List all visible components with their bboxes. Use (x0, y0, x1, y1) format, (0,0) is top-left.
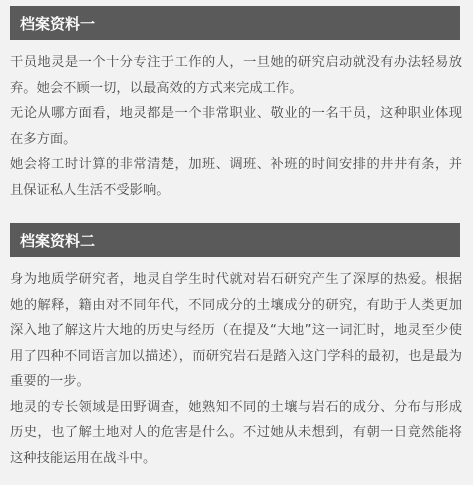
section-header-profile-2: 档案资料二 (10, 223, 460, 257)
paragraph: 干员地灵是一个十分专注于工作的人，一旦她的研究启动就没有办法轻易放弃。她会不顾一… (10, 50, 462, 101)
paragraph: 地灵的专长领域是田野调查，她熟知不同的土壤与岩石的成分、分布与形成历史，也了解土… (10, 395, 462, 472)
section-title: 档案资料二 (20, 223, 95, 259)
paragraph: 身为地质学研究者，地灵自学生时代就对岩石研究产生了深厚的热爱。根据她的解释，籍由… (10, 267, 462, 395)
paragraph: 她会将工时计算的非常清楚，加班、调班、补班的时间安排的井井有条，并且保证私人生活… (10, 152, 462, 203)
paragraph: 无论从哪方面看，地灵都是一个非常职业、敬业的一名干员，这种职业体现在多方面。 (10, 101, 462, 152)
section-title: 档案资料一 (20, 6, 95, 42)
section-body-profile-1: 干员地灵是一个十分专注于工作的人，一旦她的研究启动就没有办法轻易放弃。她会不顾一… (10, 50, 462, 203)
section-body-profile-2: 身为地质学研究者，地灵自学生时代就对岩石研究产生了深厚的热爱。根据她的解释，籍由… (10, 267, 462, 471)
section-header-profile-1: 档案资料一 (10, 6, 460, 40)
